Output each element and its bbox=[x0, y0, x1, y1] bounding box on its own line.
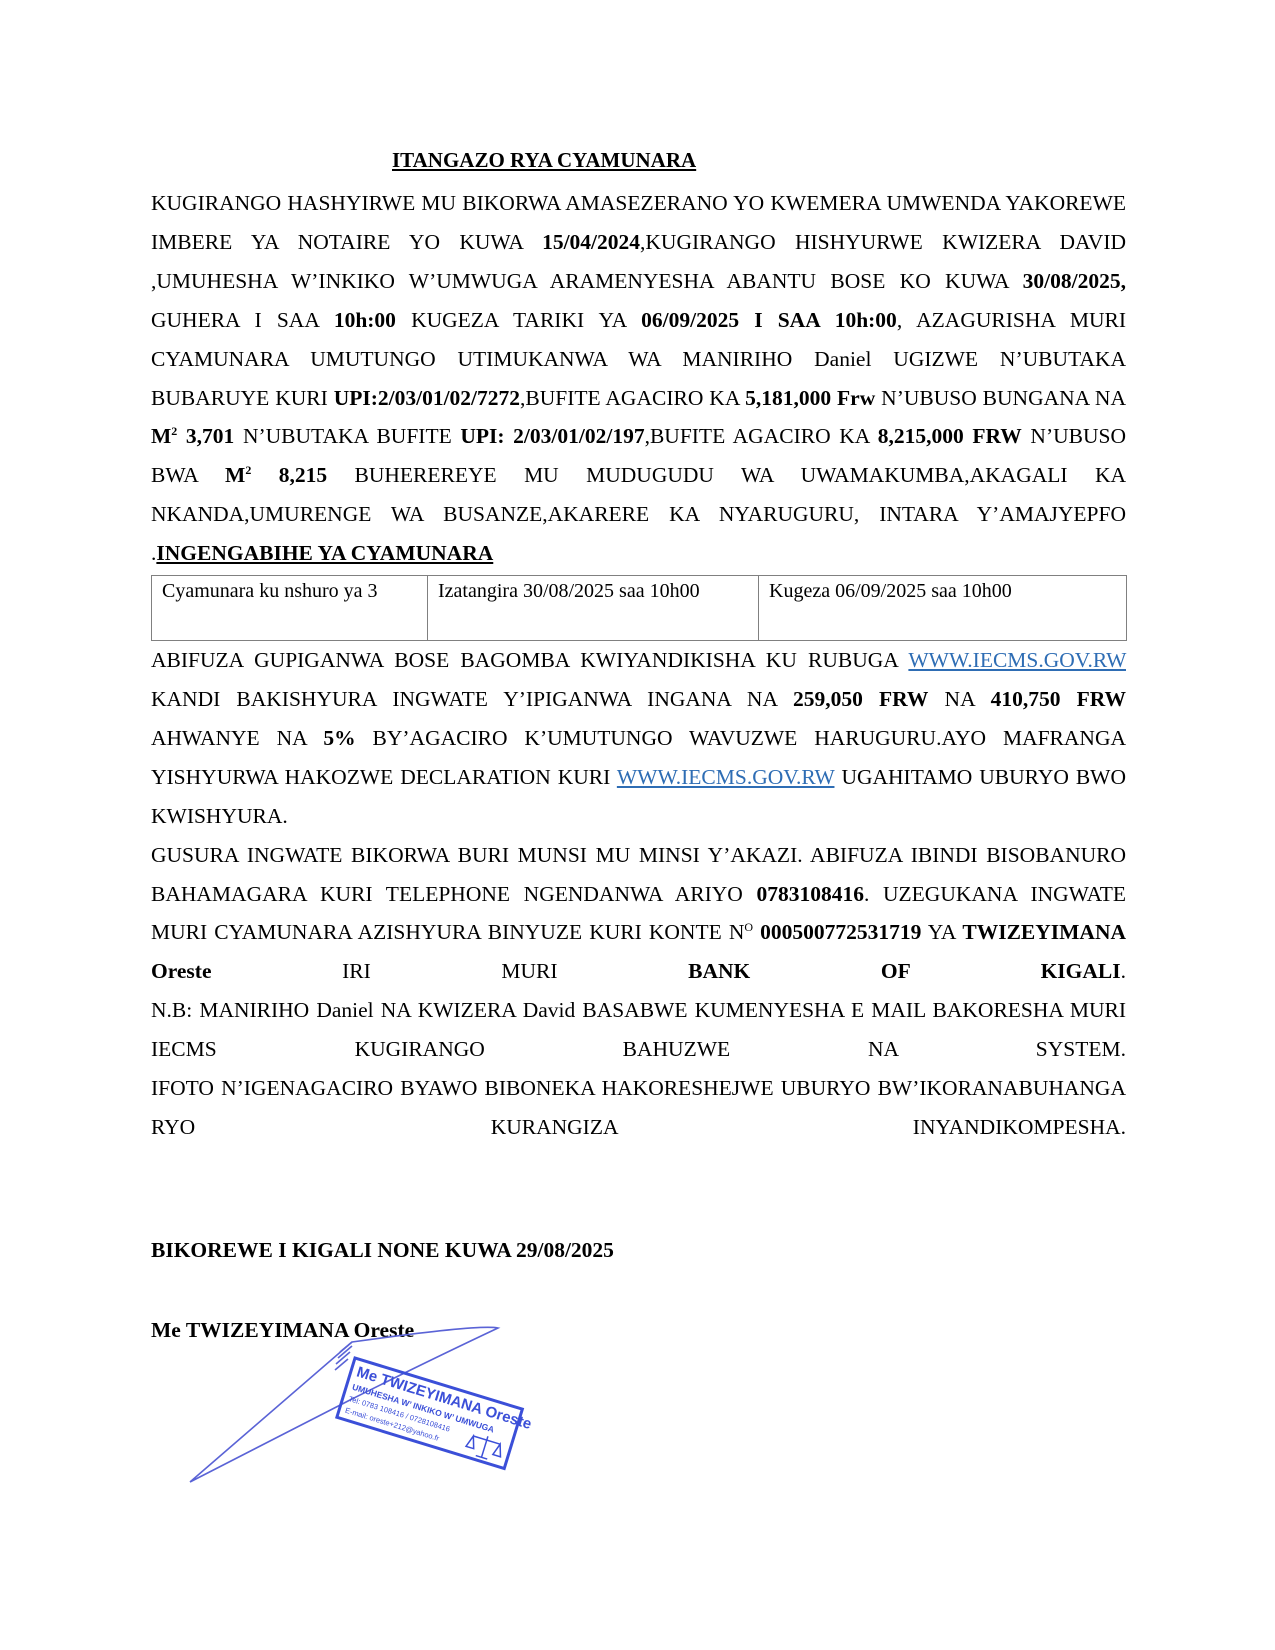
text: N’UBUSO BUNGANA NA bbox=[875, 386, 1126, 410]
upi-2: UPI: 2/03/01/02/197 bbox=[460, 424, 644, 448]
signature-stamp: Me TWIZEYIMANA Oreste UMUHESHA W’ INKIKO… bbox=[180, 1320, 560, 1500]
phone-number: 0783108416 bbox=[756, 882, 864, 906]
table-cell-round: Cyamunara ku nshuro ya 3 bbox=[152, 576, 428, 641]
schedule-heading: .INGENGABIHE YA CYAMUNARA bbox=[151, 534, 1126, 573]
superscript: O bbox=[744, 920, 753, 934]
paragraph-photos: IFOTO N’IGENAGACIRO BYAWO BIBONEKA HAKOR… bbox=[151, 1069, 1126, 1147]
start-date: 30/08/2025, bbox=[1023, 269, 1126, 293]
text: NA bbox=[928, 687, 990, 711]
text: AHWANYE NA bbox=[151, 726, 323, 750]
document-body: KUGIRANGO HASHYIRWE MU BIKORWA AMASEZERA… bbox=[151, 184, 1126, 1147]
iecms-link[interactable]: WWW.IECMS.GOV.RW bbox=[908, 648, 1126, 672]
text: KUGEZA TARIKI YA bbox=[396, 308, 641, 332]
paragraph-visit-payment: GUSURA INGWATE BIKORWA BURI MUNSI MU MIN… bbox=[151, 836, 1126, 992]
table-cell-start: Izatangira 30/08/2025 saa 10h00 bbox=[428, 576, 759, 641]
start-time: 10h:00 bbox=[334, 308, 396, 332]
deposit-1: 259,050 FRW bbox=[793, 687, 928, 711]
text: GUHERA I SAA bbox=[151, 308, 334, 332]
paragraph-registration: ABIFUZA GUPIGANWA BOSE BAGOMBA KWIYANDIK… bbox=[151, 641, 1126, 836]
text: . bbox=[1121, 959, 1126, 983]
official-stamp-icon: Me TWIZEYIMANA Oreste UMUHESHA W’ INKIKO… bbox=[337, 1358, 535, 1472]
document-page: ITANGAZO RYA CYAMUNARA KUGIRANGO HASHYIR… bbox=[0, 0, 1275, 1650]
deposit-percent: 5% bbox=[323, 726, 355, 750]
issue-date: BIKOREWE I KIGALI NONE KUWA 29/08/2025 bbox=[151, 1238, 614, 1263]
contract-date: 15/04/2024 bbox=[542, 230, 640, 254]
table-cell-end: Kugeza 06/09/2025 saa 10h00 bbox=[759, 576, 1127, 641]
value-1: 5,181,000 Frw bbox=[745, 386, 875, 410]
iecms-link[interactable]: WWW.IECMS.GOV.RW bbox=[617, 765, 835, 789]
area-1: M2 3,701 bbox=[151, 424, 234, 448]
text: N’UBUTAKA BUFITE bbox=[234, 424, 460, 448]
text: YA bbox=[921, 920, 962, 944]
text: ,BUFITE AGACIRO KA bbox=[520, 386, 745, 410]
schedule-table: Cyamunara ku nshuro ya 3 Izatangira 30/0… bbox=[151, 575, 1127, 641]
deposit-2: 410,750 FRW bbox=[991, 687, 1126, 711]
text: IRI MURI bbox=[212, 959, 689, 983]
page-title: ITANGAZO RYA CYAMUNARA bbox=[392, 148, 696, 173]
upi-1: UPI:2/03/01/02/7272 bbox=[334, 386, 520, 410]
text: ABIFUZA GUPIGANWA BOSE BAGOMBA KWIYANDIK… bbox=[151, 648, 908, 672]
bank-name: BANK OF KIGALI bbox=[688, 959, 1120, 983]
account-number: 000500772531719 bbox=[760, 920, 921, 944]
text: ,BUFITE AGACIRO KA bbox=[645, 424, 878, 448]
area-2: M2 8,215 bbox=[225, 463, 327, 487]
paragraph-auction-notice: KUGIRANGO HASHYIRWE MU BIKORWA AMASEZERA… bbox=[151, 184, 1126, 534]
end-datetime: 06/09/2025 I SAA 10h:00 bbox=[641, 308, 897, 332]
schedule-heading-text: INGENGABIHE YA CYAMUNARA bbox=[156, 541, 493, 565]
table-row: Cyamunara ku nshuro ya 3 Izatangira 30/0… bbox=[152, 576, 1127, 641]
value-2: 8,215,000 FRW bbox=[878, 424, 1022, 448]
text: KANDI BAKISHYURA INGWATE Y’IPIGANWA INGA… bbox=[151, 687, 793, 711]
paragraph-nb: N.B: MANIRIHO Daniel NA KWIZERA David BA… bbox=[151, 991, 1126, 1069]
